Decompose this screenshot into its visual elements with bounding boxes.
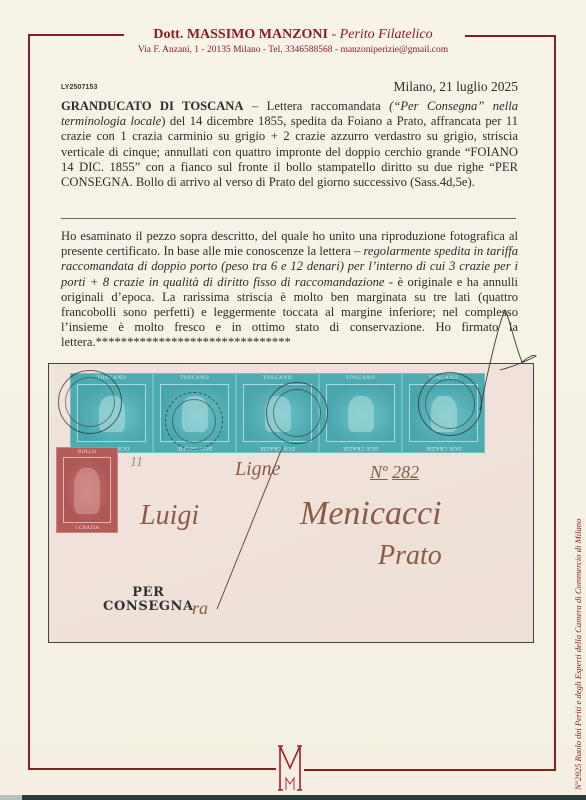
item-description: GRANDUCATO DI TOSCANA – Lettera raccoman… bbox=[61, 99, 518, 190]
registry-note: N°2925 Ruolo dei Periti e degli Esperti … bbox=[573, 460, 583, 790]
frame-border-left bbox=[28, 34, 30, 770]
section-divider bbox=[61, 218, 516, 219]
handwritten-suffix: ra bbox=[192, 598, 208, 619]
lion-icon bbox=[74, 468, 100, 514]
handwritten-addressee-first: Luigi bbox=[140, 500, 199, 532]
frame-border-right bbox=[554, 36, 556, 770]
certificate-id: LY2507153 bbox=[61, 84, 97, 91]
frame-border-bottom-left bbox=[28, 768, 276, 770]
examination-opinion: Ho esaminato il pezzo sopra descritto, d… bbox=[61, 229, 518, 351]
lion-icon bbox=[348, 396, 374, 432]
letterhead: Dott. MASSIMO MANZONI - Perito Filatelic… bbox=[0, 27, 586, 56]
stamp-1-crazia: BOLLO 1 CRAZIA bbox=[56, 447, 118, 533]
certificate-date: Milano, 21 luglio 2025 bbox=[394, 79, 519, 95]
postmark-foiano bbox=[58, 370, 122, 434]
scan-edge bbox=[0, 795, 586, 800]
mm-monogram-logo bbox=[277, 742, 303, 794]
handwritten-city: Prato bbox=[378, 540, 442, 572]
stamp-2-crazie: TOSCANODUE CRAZIE bbox=[319, 373, 402, 453]
handwritten-count: 11 bbox=[130, 455, 143, 471]
signature bbox=[470, 300, 550, 420]
postmark-foiano bbox=[165, 392, 223, 450]
handwritten-addressee-last: Menicacci bbox=[300, 495, 442, 533]
handwritten-registration-number: Nº 282 bbox=[370, 462, 419, 483]
expert-address: Via F. Anzani, 1 - 20135 Milano - Tel. 3… bbox=[0, 44, 586, 56]
postmark-foiano bbox=[266, 382, 328, 444]
frame-border-bottom-right bbox=[304, 769, 556, 771]
expert-name: Dott. MASSIMO MANZONI - Perito Filatelic… bbox=[0, 27, 586, 43]
description-heading: GRANDUCATO DI TOSCANA bbox=[61, 99, 244, 113]
per-consegna-handstamp: PER CONSEGNA bbox=[103, 586, 194, 614]
